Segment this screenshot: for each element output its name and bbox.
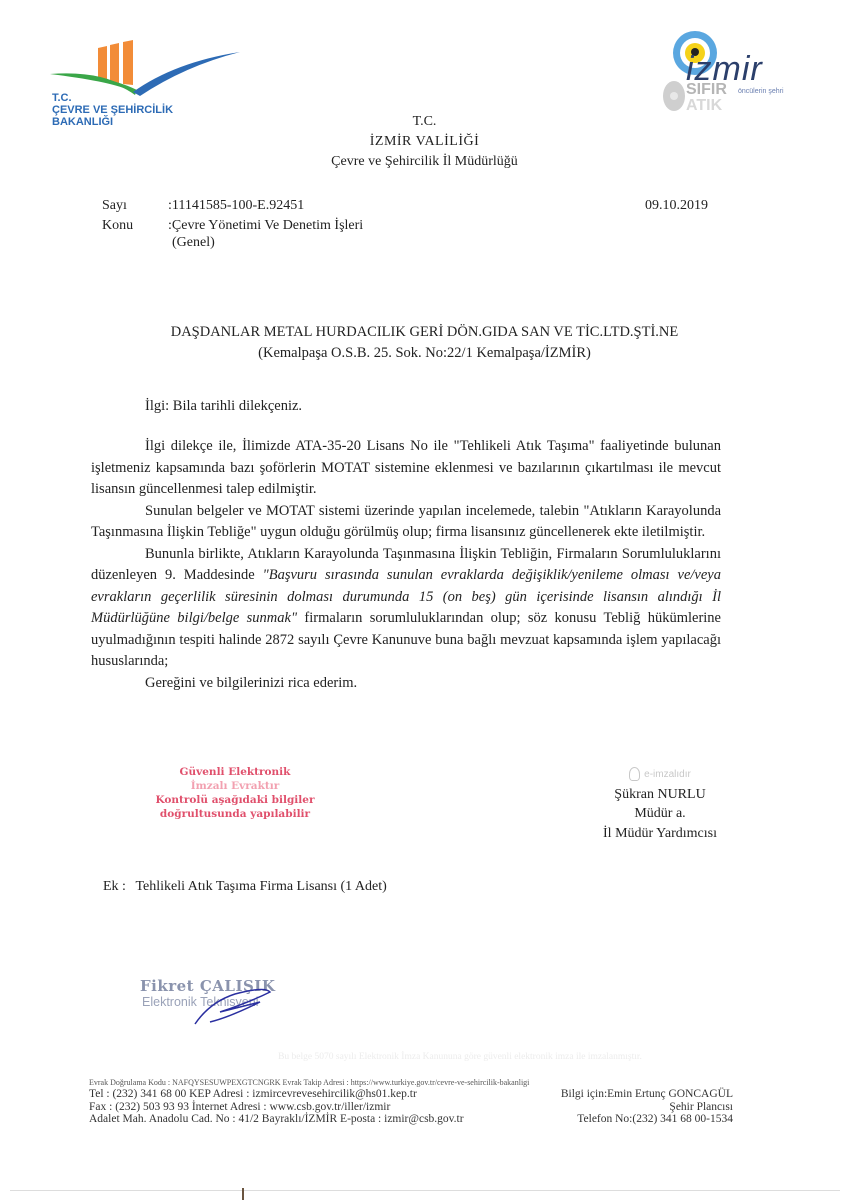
- attachment-text: Tehlikeli Atık Taşıma Firma Lisansı (1 A…: [135, 879, 386, 894]
- izmir-slogan: öncülerin şehri: [738, 88, 784, 95]
- header-tc: T.C.: [0, 112, 849, 132]
- ministry-emblem-icon: [45, 40, 245, 100]
- footer-fax: Fax : (232) 503 93 93 İnternet Adresi : …: [89, 1101, 529, 1114]
- addressee: DAŞDANLAR METAL HURDACILIK GERİ DÖN.GIDA…: [0, 322, 849, 364]
- ilgi-text: İlgi: Bila tarihli dilekçeniz.: [91, 396, 721, 418]
- footer-contact: Evrak Doğrulama Kodu : NAFQYSESUWPEXGTCN…: [89, 1078, 529, 1126]
- footer-address: Adalet Mah. Anadolu Cad. No : 41/2 Bayra…: [89, 1113, 529, 1126]
- flower-icon: [660, 78, 688, 114]
- sayi-label: Sayı: [102, 196, 127, 215]
- signer-role-1: Müdür a.: [565, 804, 755, 824]
- contact-person: Bilgi için:Emin Ertunç GONCAGÜL: [500, 1088, 733, 1101]
- page-edge-line: [10, 1190, 840, 1191]
- stamp-line-3: Kontrolü aşağıdaki bilgiler: [140, 793, 330, 807]
- stamp-line-1: Güvenli Elektronik: [140, 765, 330, 779]
- konu-value-2: (Genel): [172, 233, 215, 252]
- konu-label: Konu: [102, 216, 133, 235]
- addressee-name: DAŞDANLAR METAL HURDACILIK GERİ DÖN.GIDA…: [0, 322, 849, 343]
- page-edge-mark: [242, 1188, 244, 1200]
- paragraph-4: Gereğini ve bilgilerinizi rica ederim.: [91, 673, 721, 695]
- sifir-atik-logo: SIFIR ATIK: [686, 82, 727, 114]
- attachment-label: Ek :: [103, 879, 126, 894]
- ilgi-line: İlgi: Bila tarihli dilekçeniz.: [91, 396, 721, 418]
- signer-name: Şükran NURLU: [565, 785, 755, 805]
- secure-e-signature-stamp: Güvenli Elektronik İmzalı Evraktır Kontr…: [140, 765, 330, 821]
- signature-block: e-imzalıdır Şükran NURLU Müdür a. İl Müd…: [565, 765, 755, 843]
- contact-phone: Telefon No:(232) 341 68 00-1534: [500, 1113, 733, 1126]
- e-signature-label: e-imzalıdır: [644, 769, 691, 780]
- attachment-line: Ek : Tehlikeli Atık Taşıma Firma Lisansı…: [103, 879, 387, 895]
- header-valilik: İZMİR VALİLİĞİ: [0, 132, 849, 152]
- paragraph-3: Bununla birlikte, Atıkların Karayolunda …: [91, 544, 721, 673]
- stamp-line-2: İmzalı Evraktır: [140, 779, 330, 793]
- contact-title: Şehir Plancısı: [500, 1101, 733, 1114]
- letter-body: İlgi dilekçe ile, İlimizde ATA-35-20 Lis…: [91, 436, 721, 694]
- e-signature-mark: e-imzalıdır: [565, 765, 755, 785]
- header-directorate: Çevre ve Şehircilik İl Müdürlüğü: [0, 152, 849, 172]
- stamp-line-4: doğrultusunda yapılabilir: [140, 807, 330, 821]
- ministry-logo-line1: T.C.: [52, 92, 173, 104]
- sayi-value: :11141585-100-E.92451: [168, 196, 304, 215]
- footer-tel: Tel : (232) 341 68 00 KEP Adresi : izmir…: [89, 1088, 529, 1101]
- document-date: 09.10.2019: [645, 196, 708, 215]
- technician-stamp: Fikret ÇALIŞIK Elektronik Teknisyeni: [140, 977, 275, 1009]
- document-meta: Sayı :11141585-100-E.92451 Konu :Çevre Y…: [102, 196, 502, 256]
- handwritten-signature-icon: [190, 982, 280, 1027]
- paragraph-2: Sunulan belgeler ve MOTAT sistemi üzerin…: [91, 501, 721, 544]
- document-header: T.C. İZMİR VALİLİĞİ Çevre ve Şehircilik …: [0, 112, 849, 172]
- e-signature-note: Bu belge 5070 sayılı Elektronik İmza Kan…: [200, 1052, 720, 1062]
- footer-info: Bilgi için:Emin Ertunç GONCAGÜL Şehir Pl…: [500, 1088, 733, 1126]
- sifir-text: SIFIR: [686, 82, 727, 98]
- paragraph-1: İlgi dilekçe ile, İlimizde ATA-35-20 Lis…: [91, 436, 721, 501]
- ribbon-icon: [629, 767, 640, 781]
- verification-code: Evrak Doğrulama Kodu : NAFQYSESUWPEXGTCN…: [89, 1078, 529, 1088]
- addressee-address: (Kemalpaşa O.S.B. 25. Sok. No:22/1 Kemal…: [0, 343, 849, 364]
- signer-role-2: İl Müdür Yardımcısı: [565, 824, 755, 844]
